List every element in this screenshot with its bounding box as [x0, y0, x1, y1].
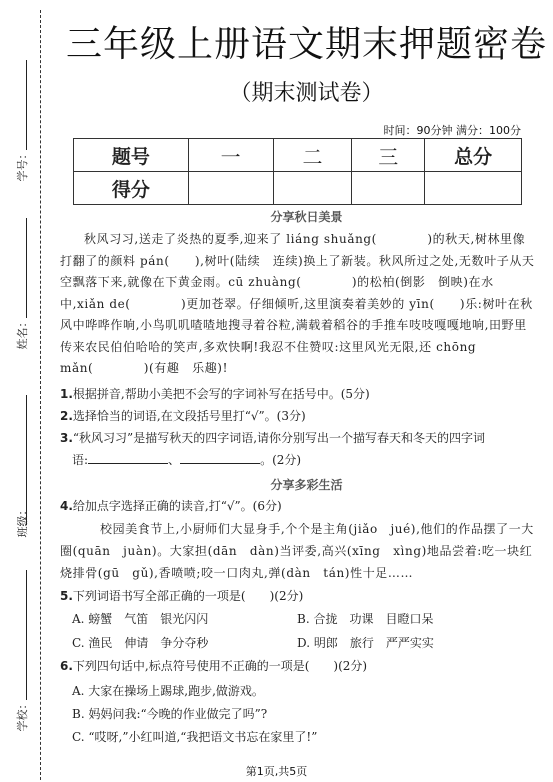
- page-subtitle: （期末测试卷）: [60, 76, 553, 107]
- question-3-answer-line: 语:、。(2分): [72, 450, 552, 471]
- winter-idiom-blank[interactable]: [180, 451, 260, 464]
- question-1: 1.根据拼音,帮助小美把不会写的字词补写在括号中。(5分): [60, 384, 540, 405]
- header-part-3: 三: [352, 139, 425, 172]
- question-5-option-c[interactable]: C. 渔民 伸请 争分夺秒: [72, 634, 208, 651]
- score-cell-3[interactable]: [352, 172, 425, 205]
- name-label: 姓名：: [8, 316, 38, 350]
- header-part-1: 一: [188, 139, 273, 172]
- spring-idiom-blank[interactable]: [88, 451, 168, 464]
- student-id-line[interactable]: [26, 60, 27, 150]
- question-5-number: 5.: [60, 589, 73, 603]
- header-total: 总分: [425, 139, 522, 172]
- question-3: 3.“秋风习习”是描写秋天的四字词语,请你分别写出一个描写春天和冬天的四字词: [60, 428, 540, 449]
- section-title-life: 分享多彩生活: [60, 476, 553, 493]
- question-3-separator: 、: [168, 453, 180, 467]
- student-id-label: 学号：: [8, 148, 38, 182]
- header-part-2: 二: [273, 139, 352, 172]
- question-5-option-b[interactable]: B. 合拢 功课 目瞪口呆: [297, 610, 433, 627]
- binding-dashed-line: [40, 10, 41, 780]
- question-3-number: 3.: [60, 431, 73, 445]
- page-number: 第1页,共5页: [0, 763, 553, 779]
- question-5-text: 下列词语书写全部正确的一项是( )(2分): [73, 589, 303, 603]
- question-2-text: 选择恰当的词语,在文段括号里打“√”。(3分): [73, 409, 306, 423]
- row-label-score: 得分: [74, 172, 189, 205]
- question-4: 4.给加点字选择正确的读音,打“√”。(6分): [60, 496, 540, 517]
- question-3-prefix: 语:: [72, 453, 88, 467]
- question-1-text: 根据拼音,帮助小美把不会写的字词补写在括号中。(5分): [73, 387, 370, 401]
- food-festival-passage: 校园美食节上,小厨师们大显身手,个个是主角(jiǎo jué),他们的作品摆了一…: [60, 518, 536, 584]
- school-label: 学校：: [8, 698, 38, 732]
- score-table: 题号 一 二 三 总分 得分: [73, 138, 522, 205]
- question-1-number: 1.: [60, 387, 73, 401]
- page-title: 三年级上册语文期末押题密卷: [60, 16, 553, 67]
- header-question-number: 题号: [74, 139, 189, 172]
- section-title-autumn: 分享秋日美景: [60, 208, 553, 225]
- name-line[interactable]: [26, 218, 27, 318]
- question-3-text: “秋风习习”是描写秋天的四字词语,请你分别写出一个描写春天和冬天的四字词: [73, 431, 485, 445]
- question-6-text: 下列四句话中,标点符号使用不正确的一项是( )(2分): [73, 659, 367, 673]
- score-cell-2[interactable]: [273, 172, 352, 205]
- question-2: 2.选择恰当的词语,在文段括号里打“√”。(3分): [60, 406, 540, 427]
- score-table-score-row: 得分: [74, 172, 522, 205]
- question-6: 6.下列四句话中,标点符号使用不正确的一项是( )(2分): [60, 656, 540, 677]
- question-6-option-b[interactable]: B. 妈妈问我:“今晚的作业做完了吗”?: [72, 705, 267, 722]
- score-table-header-row: 题号 一 二 三 总分: [74, 139, 522, 172]
- question-5-option-a[interactable]: A. 螃蟹 气笛 银光闪闪: [72, 610, 208, 627]
- question-3-suffix: 。(2分): [260, 453, 301, 467]
- school-line[interactable]: [26, 570, 27, 700]
- question-4-text: 给加点字选择正确的读音,打“√”。(6分): [73, 499, 282, 513]
- class-label: 班级：: [8, 504, 38, 538]
- exam-time-score-info: 时间：90分钟 满分：100分: [384, 122, 522, 138]
- question-5-option-d[interactable]: D. 明郎 旅行 严严实实: [297, 634, 434, 651]
- score-cell-1[interactable]: [188, 172, 273, 205]
- question-2-number: 2.: [60, 409, 73, 423]
- question-4-number: 4.: [60, 499, 73, 513]
- question-6-option-a[interactable]: A. 大家在操场上踢球,跑步,做游戏。: [72, 682, 264, 699]
- question-6-option-c[interactable]: C. “哎呀,”小红叫道,“我把语文书忘在家里了!”: [72, 728, 317, 745]
- autumn-passage: 秋风习习,送走了炎热的夏季,迎来了 liáng shuǎng( )的秋天,树林里…: [60, 229, 536, 380]
- score-cell-total[interactable]: [425, 172, 522, 205]
- question-6-number: 6.: [60, 659, 73, 673]
- question-5: 5.下列词语书写全部正确的一项是( )(2分): [60, 586, 540, 607]
